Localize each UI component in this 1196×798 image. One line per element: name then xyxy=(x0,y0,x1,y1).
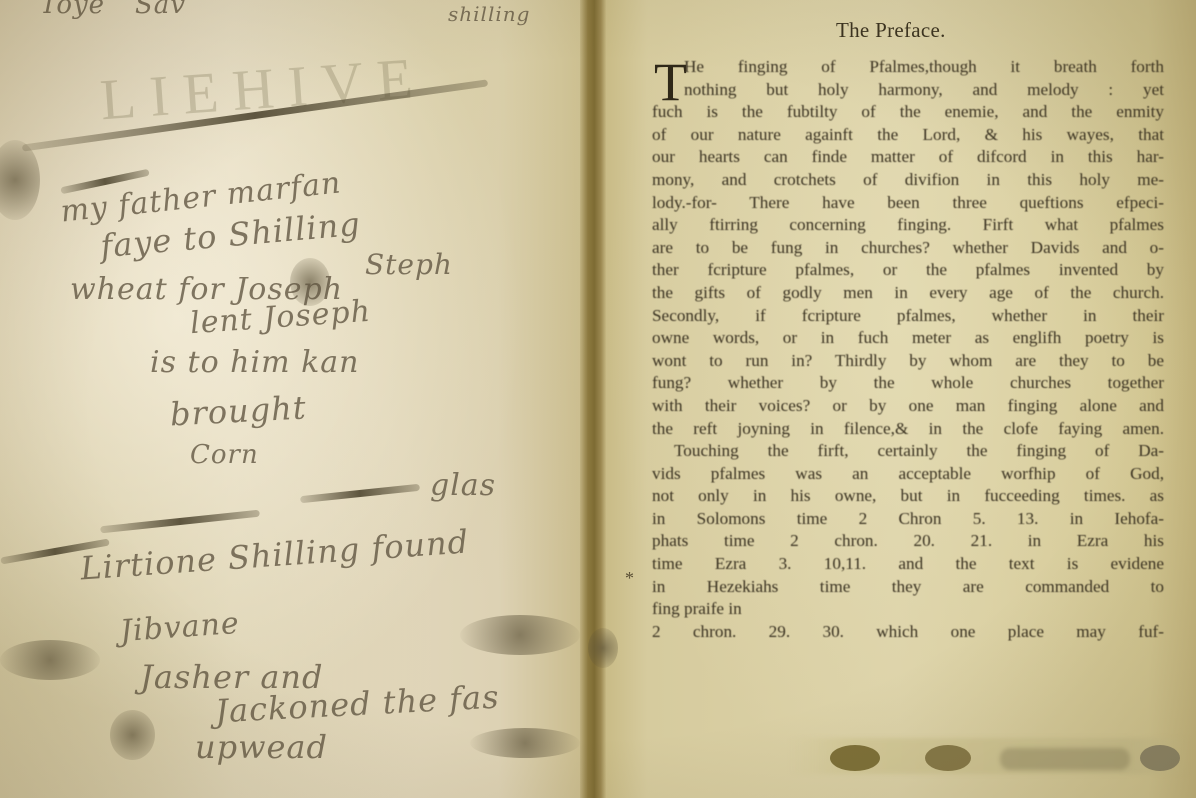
ink-smudge xyxy=(470,728,580,758)
ink-smudge xyxy=(460,615,580,655)
handwriting-line: Steph xyxy=(365,248,453,281)
text-line: our hearts can finde matter of difcord i… xyxy=(652,146,1164,169)
watermark-bar-icon xyxy=(1000,748,1130,770)
ink-smudge xyxy=(0,640,100,680)
ink-strikethrough xyxy=(300,484,420,504)
text-line: the gifts of godly men in every age of t… xyxy=(652,282,1164,305)
ink-strikethrough xyxy=(100,510,260,534)
text-line: fing praife in xyxy=(652,598,1164,621)
text-line: in Solomons time 2 Chron 5. 13. in Iehof… xyxy=(652,508,1164,531)
text-line: fuch is the fubtilty of the enemie, and … xyxy=(652,101,1164,124)
book-photo: LIEHIVE Toye Sav shilling my father marf… xyxy=(0,0,1196,798)
text-line: wont to run in? Thirdly by whom are they… xyxy=(652,350,1164,373)
text-line: Touching the firft, certainly the fingin… xyxy=(652,440,1164,463)
text-line: not only in his owne, but in fucceeding … xyxy=(652,485,1164,508)
text-line: 2 chron. 29. 30. which one place may fuf… xyxy=(652,621,1164,644)
left-page-handwritten: LIEHIVE Toye Sav shilling my father marf… xyxy=(0,0,586,798)
text-line: in Hezekiahs time they are commanded to xyxy=(652,576,1164,599)
text-line: phats time 2 chron. 20. 21. in Ezra his xyxy=(652,530,1164,553)
text-line: lody.-for- There have been three queftio… xyxy=(652,192,1164,215)
handwriting-line: glas xyxy=(430,468,496,503)
text-line: ther fcripture pfalmes, or the pfalmes i… xyxy=(652,259,1164,282)
handwriting-fragment: shilling xyxy=(448,2,530,26)
handwriting-fragment: Toye xyxy=(40,0,105,20)
handwriting-line: Lirtione Shilling found xyxy=(79,522,470,587)
text-line: owne words, or in fuch meter as englifh … xyxy=(652,327,1164,350)
handwriting-line: brought xyxy=(169,388,307,433)
page-title: The Preface. xyxy=(836,18,946,43)
watermark-lens-icon xyxy=(830,745,880,771)
text-line: the reft joyning in filence,& in the clo… xyxy=(652,418,1164,441)
marginal-asterisk: * xyxy=(625,568,634,589)
watermark-lens-icon xyxy=(925,745,971,771)
book-gutter xyxy=(580,0,606,798)
handwriting-line: is to him kan xyxy=(150,345,359,380)
faded-ghost-text: LIEHIVE xyxy=(98,44,429,134)
text-line: He finging of Pfalmes,though it breath f… xyxy=(652,56,1164,79)
ink-blot xyxy=(110,710,155,760)
text-line: fung? whether by the whole churches toge… xyxy=(652,372,1164,395)
handwriting-line: upwead xyxy=(195,728,328,766)
text-line: Secondly, if fcripture pfalmes, whether … xyxy=(652,305,1164,328)
text-line: time Ezra 3. 10,11. and the text is evid… xyxy=(652,553,1164,576)
gutter-ink-mark xyxy=(588,628,618,668)
preface-text: He finging of Pfalmes,though it breath f… xyxy=(652,56,1164,643)
handwriting-line: Jibvane xyxy=(119,606,241,649)
text-line: mony, and crotchets of divifion in this … xyxy=(652,169,1164,192)
watermark-lens-icon xyxy=(1140,745,1180,771)
handwriting-fragment: Sav xyxy=(135,0,186,20)
text-line: nothing but holy harmony, and melody : y… xyxy=(652,79,1164,102)
text-line: of our nature againft the Lord, & his wa… xyxy=(652,124,1164,147)
text-line: ally ftirring concerning finging. Firft … xyxy=(652,214,1164,237)
text-line: are to be fung in churches? whether Davi… xyxy=(652,237,1164,260)
ink-smudge xyxy=(0,140,40,220)
text-line: with their voices? or by one man finging… xyxy=(652,395,1164,418)
handwriting-line: Corn xyxy=(190,440,259,470)
text-line: vids pfalmes was an acceptable worfhip o… xyxy=(652,463,1164,486)
